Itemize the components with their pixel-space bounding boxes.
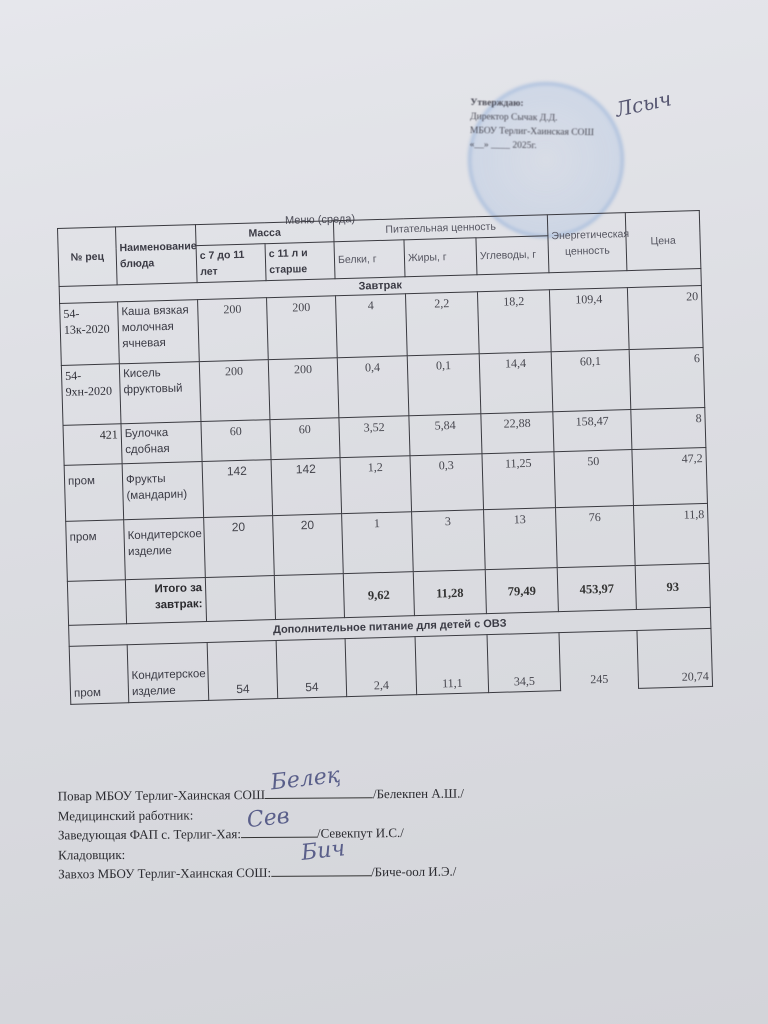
price: 8 bbox=[631, 407, 706, 449]
dish-name: Кондитерское изделие bbox=[127, 642, 209, 702]
recipe-code: 421 bbox=[63, 424, 122, 466]
cook-name: /Белекпен А.Ш./ bbox=[373, 786, 464, 802]
recipe-code: пром bbox=[66, 520, 126, 582]
header-price: Цена bbox=[625, 211, 701, 271]
fats: 3 bbox=[412, 510, 486, 572]
supply-signature: Бич bbox=[300, 839, 346, 863]
empty-cell bbox=[205, 576, 275, 622]
total-fats: 11,28 bbox=[413, 570, 486, 616]
fats: 5,84 bbox=[409, 414, 482, 456]
dish-name: Каша вязкая молочная ячневая bbox=[118, 300, 200, 364]
energy: 158,47 bbox=[553, 410, 632, 452]
supply-label: Завхоз МБОУ Терлиг-Хаинская СОШ: bbox=[58, 865, 271, 881]
fap-label: Заведующая ФАП с. Терлиг-Хая: bbox=[58, 826, 241, 842]
mass-11-plus: 54 bbox=[276, 639, 347, 699]
carbs: 13 bbox=[484, 508, 558, 570]
carbs: 22,88 bbox=[481, 412, 554, 454]
proteins: 1 bbox=[342, 512, 414, 574]
signature-line: Бич bbox=[271, 863, 371, 877]
total-label: Итого за завтрак: bbox=[125, 577, 206, 623]
fats: 11,1 bbox=[415, 635, 489, 695]
header-recipe-no: № рец bbox=[58, 227, 118, 287]
mass-11-plus: 20 bbox=[273, 514, 344, 576]
proteins: 2,4 bbox=[345, 637, 417, 697]
header-dish-name: Наименование блюда bbox=[115, 225, 197, 285]
dish-name: Фрукты (мандарин) bbox=[122, 462, 204, 520]
mass-11-plus: 200 bbox=[267, 296, 338, 360]
menu-table: № рец Наименование блюда Масса Питательн… bbox=[57, 210, 713, 705]
total-energy: 453,97 bbox=[557, 565, 636, 611]
header-mass-11-plus: с 11 л и старше bbox=[265, 242, 335, 281]
header-proteins: Белки, г bbox=[334, 240, 405, 279]
energy: 50 bbox=[554, 450, 634, 508]
mass-11-plus: 200 bbox=[268, 358, 339, 420]
carbs: 11,25 bbox=[482, 452, 556, 510]
mass-7-11: 142 bbox=[202, 460, 273, 518]
fap-signature: Сев bbox=[246, 807, 291, 831]
total-price: 93 bbox=[635, 563, 710, 609]
dish-name: Кондитерское изделие bbox=[124, 518, 206, 580]
signature-line: Белеқ bbox=[265, 785, 373, 799]
mass-7-11: 20 bbox=[204, 516, 275, 578]
energy: 109,4 bbox=[549, 288, 629, 352]
cook-signature: Белеқ bbox=[270, 766, 341, 793]
energy: 76 bbox=[556, 506, 636, 568]
header-mass-7-11: с 7 до 11 лет bbox=[196, 244, 266, 283]
proteins: 4 bbox=[336, 294, 408, 358]
medic-label: Медицинский работник: bbox=[58, 807, 194, 823]
signatures-block: Повар МБОУ Терлиг-Хаинская СОШБелеқ/Беле… bbox=[58, 784, 465, 884]
cook-label: Повар МБОУ Терлиг-Хаинская СОШ bbox=[58, 787, 265, 803]
energy: 245 bbox=[559, 630, 639, 690]
total-proteins: 9,62 bbox=[343, 572, 414, 618]
price: 20 bbox=[627, 286, 703, 350]
proteins: 1,2 bbox=[340, 456, 412, 514]
mass-7-11: 200 bbox=[199, 360, 270, 422]
total-carbs: 79,49 bbox=[485, 568, 558, 614]
recipe-code: пром bbox=[69, 645, 129, 705]
price: 11,8 bbox=[633, 503, 709, 565]
price: 6 bbox=[629, 348, 705, 410]
menu-table-wrap: № рец Наименование блюда Масса Питательн… bbox=[57, 210, 710, 705]
price: 47,2 bbox=[632, 447, 708, 505]
dish-name: Кисель фруктовый bbox=[119, 362, 201, 424]
carbs: 14,4 bbox=[479, 352, 553, 414]
carbs: 18,2 bbox=[477, 290, 551, 354]
price: 20,74 bbox=[637, 628, 713, 688]
carbs: 34,5 bbox=[487, 633, 561, 693]
fats: 2,2 bbox=[405, 292, 479, 356]
header-fats: Жиры, г bbox=[404, 238, 477, 277]
mass-11-plus: 60 bbox=[270, 418, 340, 460]
supply-name: /Биче-оол И.Э./ bbox=[371, 864, 456, 880]
fats: 0,3 bbox=[410, 454, 484, 512]
recipe-code: 54-9хн-2020 bbox=[61, 364, 121, 426]
proteins: 0,4 bbox=[337, 356, 409, 418]
recipe-code: 54-13к-2020 bbox=[60, 302, 120, 366]
dish-name: Булочка сдобная bbox=[121, 422, 202, 464]
mass-7-11: 60 bbox=[201, 420, 271, 462]
signature-line: Сев bbox=[241, 825, 317, 839]
header-energy: Энергетическая ценность bbox=[547, 213, 627, 273]
supply-row: Завхоз МБОУ Терлиг-Хаинская СОШ:Бич/Биче… bbox=[58, 862, 464, 884]
empty-cell bbox=[274, 574, 344, 620]
proteins: 3,52 bbox=[339, 416, 410, 458]
energy: 60,1 bbox=[551, 350, 631, 412]
empty-cell bbox=[67, 580, 126, 626]
fats: 0,1 bbox=[407, 354, 481, 416]
storekeeper-label: Кладовщик: bbox=[58, 846, 125, 861]
recipe-code: пром bbox=[64, 464, 124, 522]
mass-7-11: 200 bbox=[198, 298, 269, 362]
mass-11-plus: 142 bbox=[271, 458, 342, 516]
mass-7-11: 54 bbox=[207, 641, 278, 701]
document-page: Утверждаю: Директор Сычак Д.Д. МБОУ Терл… bbox=[0, 0, 768, 1024]
header-carbs: Углеводы, г bbox=[476, 236, 549, 275]
